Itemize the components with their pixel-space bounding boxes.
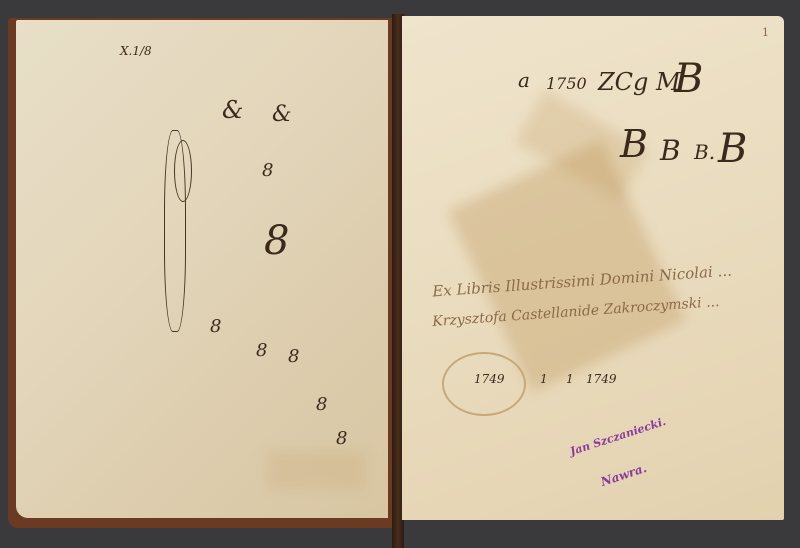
- flourish: 8: [262, 160, 273, 181]
- flourish: 8: [256, 340, 267, 361]
- stamp-place: Nawra.: [599, 461, 648, 489]
- letter-b: B: [660, 134, 681, 167]
- number: 1: [566, 372, 574, 386]
- flourish-loop: [174, 140, 192, 202]
- header-prefix: a: [518, 68, 530, 92]
- flourish: 8: [336, 428, 347, 449]
- flourish: &: [272, 102, 292, 127]
- right-page: 1 a 1750 ZCg M B B B B. B Ex Libris Illu…: [402, 16, 784, 520]
- letter-b: B: [620, 122, 648, 166]
- header-year: 1750: [546, 74, 587, 93]
- stain: [266, 450, 366, 490]
- letter-b: B.: [694, 140, 715, 164]
- left-top-note: X.1/8: [120, 44, 152, 58]
- stamp-name: Jan Szczaniecki.: [568, 415, 667, 458]
- number: 1749: [474, 372, 505, 386]
- left-page: X.1/8 & & 8 8 8 8 8 8 8: [16, 20, 388, 518]
- flourish: 8: [288, 346, 299, 367]
- flourish: &: [222, 96, 243, 124]
- number: 1749: [586, 372, 617, 386]
- number: 1: [540, 372, 548, 386]
- flourish: 8: [210, 316, 221, 337]
- flourish: 8: [264, 218, 289, 264]
- page-number: 1: [762, 26, 769, 39]
- header-big-letter: B: [674, 56, 703, 102]
- letter-b: B: [718, 126, 747, 172]
- header-letters: ZCg M: [598, 68, 681, 96]
- flourish: 8: [316, 394, 327, 415]
